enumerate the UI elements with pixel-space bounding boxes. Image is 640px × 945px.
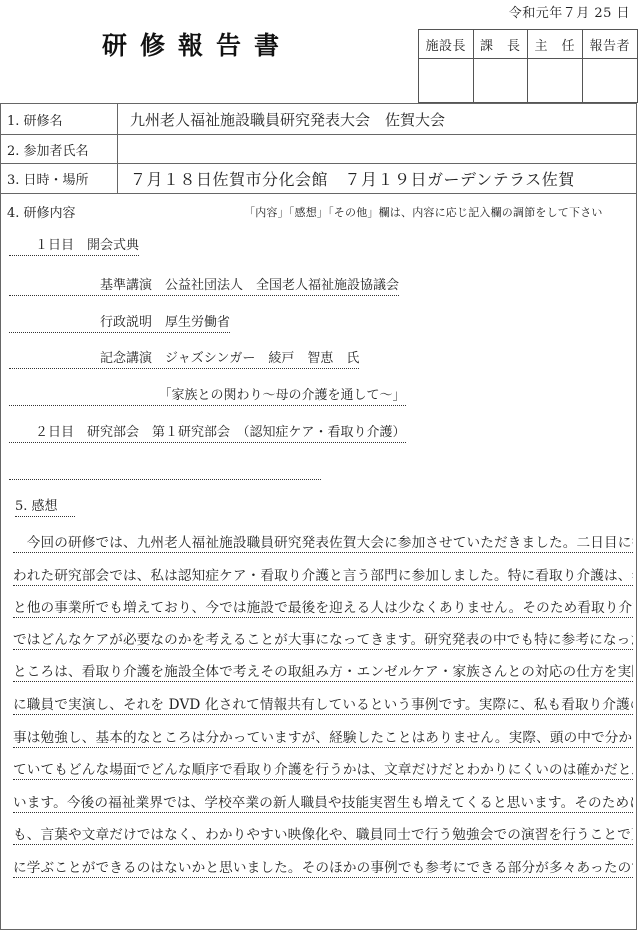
training-content-label: 4. 研修内容	[7, 202, 76, 221]
impression-line: ていてもどんな場面でどんな順序で看取り介護を行うかは、文章だけだとわかりにくいの…	[13, 761, 633, 780]
participant-name-label: 2. 参加者氏名	[1, 135, 118, 163]
approval-header-reporter: 報告者	[583, 30, 638, 59]
content-line: 基準講演 公益社団法人 全国老人福祉施設協議会	[9, 277, 399, 296]
impression-line: います。今後の福祉業界では、学校卒業の新人職員や技能実習生も増えてくると思います…	[13, 794, 633, 813]
content-line: １日目 開会式典	[9, 237, 139, 256]
stamp-cell-reporter[interactable]	[583, 59, 638, 102]
stamp-cell-facility-director[interactable]	[419, 59, 474, 102]
row-participant-name: 2. 参加者氏名	[1, 135, 636, 164]
content-line: 記念講演 ジャズシンガー 綾戸 智恵 氏	[9, 350, 359, 369]
impression-line: に学ぶことができるのはないかと思いました。そのほかの事例でも参考にできる部分が多…	[13, 859, 633, 878]
approval-header-facility-director: 施設長	[419, 30, 474, 59]
impression-line: 今回の研修では、九州老人福祉施設職員研究発表佐賀大会に参加させていただきました。…	[13, 534, 633, 553]
training-name-label: 1. 研修名	[1, 104, 118, 134]
impressions-label: 5. 感想	[15, 498, 75, 517]
content-line: ２日目 研究部会 第１研究部会 （認知症ケア・看取り介護）	[9, 424, 406, 443]
report-date: 令和元年７月 25 日	[509, 2, 630, 21]
row-date-place: 3. 日時・場所 ７月１８日佐賀市分化会館 ７月１９日ガーデンテラス佐賀	[1, 164, 636, 194]
impression-line: ところは、看取り介護を施設全体で考えその取組み方・エンゼルケア・家族さんとの対応…	[13, 663, 633, 682]
approval-header-supervisor: 主 任	[528, 30, 583, 59]
content-line-empty	[9, 461, 321, 480]
instruction-note: 「内容」「感想」「その他」欄は、内容に応じ記入欄の調節をして下さい	[244, 204, 603, 220]
date-place-value[interactable]: ７月１８日佐賀市分化会館 ７月１９日ガーデンテラス佐賀	[118, 164, 636, 193]
row-training-name: 1. 研修名 九州老人福祉施設職員研究発表大会 佐賀大会	[1, 104, 636, 135]
approval-header-section-chief: 課 長	[474, 30, 529, 59]
approval-stamp-box: 施設長 課 長 主 任 報告者	[418, 29, 638, 103]
stamp-cell-supervisor[interactable]	[528, 59, 583, 102]
report-form: 1. 研修名 九州老人福祉施設職員研究発表大会 佐賀大会 2. 参加者氏名 3.…	[0, 103, 637, 930]
training-name-value[interactable]: 九州老人福祉施設職員研究発表大会 佐賀大会	[118, 104, 636, 134]
participant-name-value[interactable]	[118, 135, 636, 163]
content-line: 「家族との関わり～母の介護を通して～」	[9, 387, 406, 406]
impression-line: と他の事業所でも増えており、今では施設で最後を迎える人は少なくありません。そのた…	[13, 599, 633, 618]
document-title: 研修報告書	[102, 26, 292, 62]
impression-line: 事は勉強し、基本的なところは分かっていますが、経験したことはありません。実際、頭…	[13, 729, 633, 748]
stamp-cell-section-chief[interactable]	[474, 59, 529, 102]
content-line: 行政説明 厚生労働省	[9, 314, 230, 333]
impression-line: に職員で実演し、それを DVD 化されて情報共有しているという事例です。実際に、…	[13, 696, 633, 715]
impression-line: ではどんなケアが必要なのかを考えることが大事になってきます。研究発表の中でも特に…	[13, 631, 633, 650]
impression-line: われた研究部会では、私は認知症ケア・看取り介護と言う部門に参加しました。特に看取…	[13, 567, 633, 586]
impression-line: も、言葉や文章だけではなく、わかりやすい映像化や、職員同士で行う勉強会での演習を…	[13, 826, 633, 845]
date-place-label: 3. 日時・場所	[1, 164, 118, 193]
